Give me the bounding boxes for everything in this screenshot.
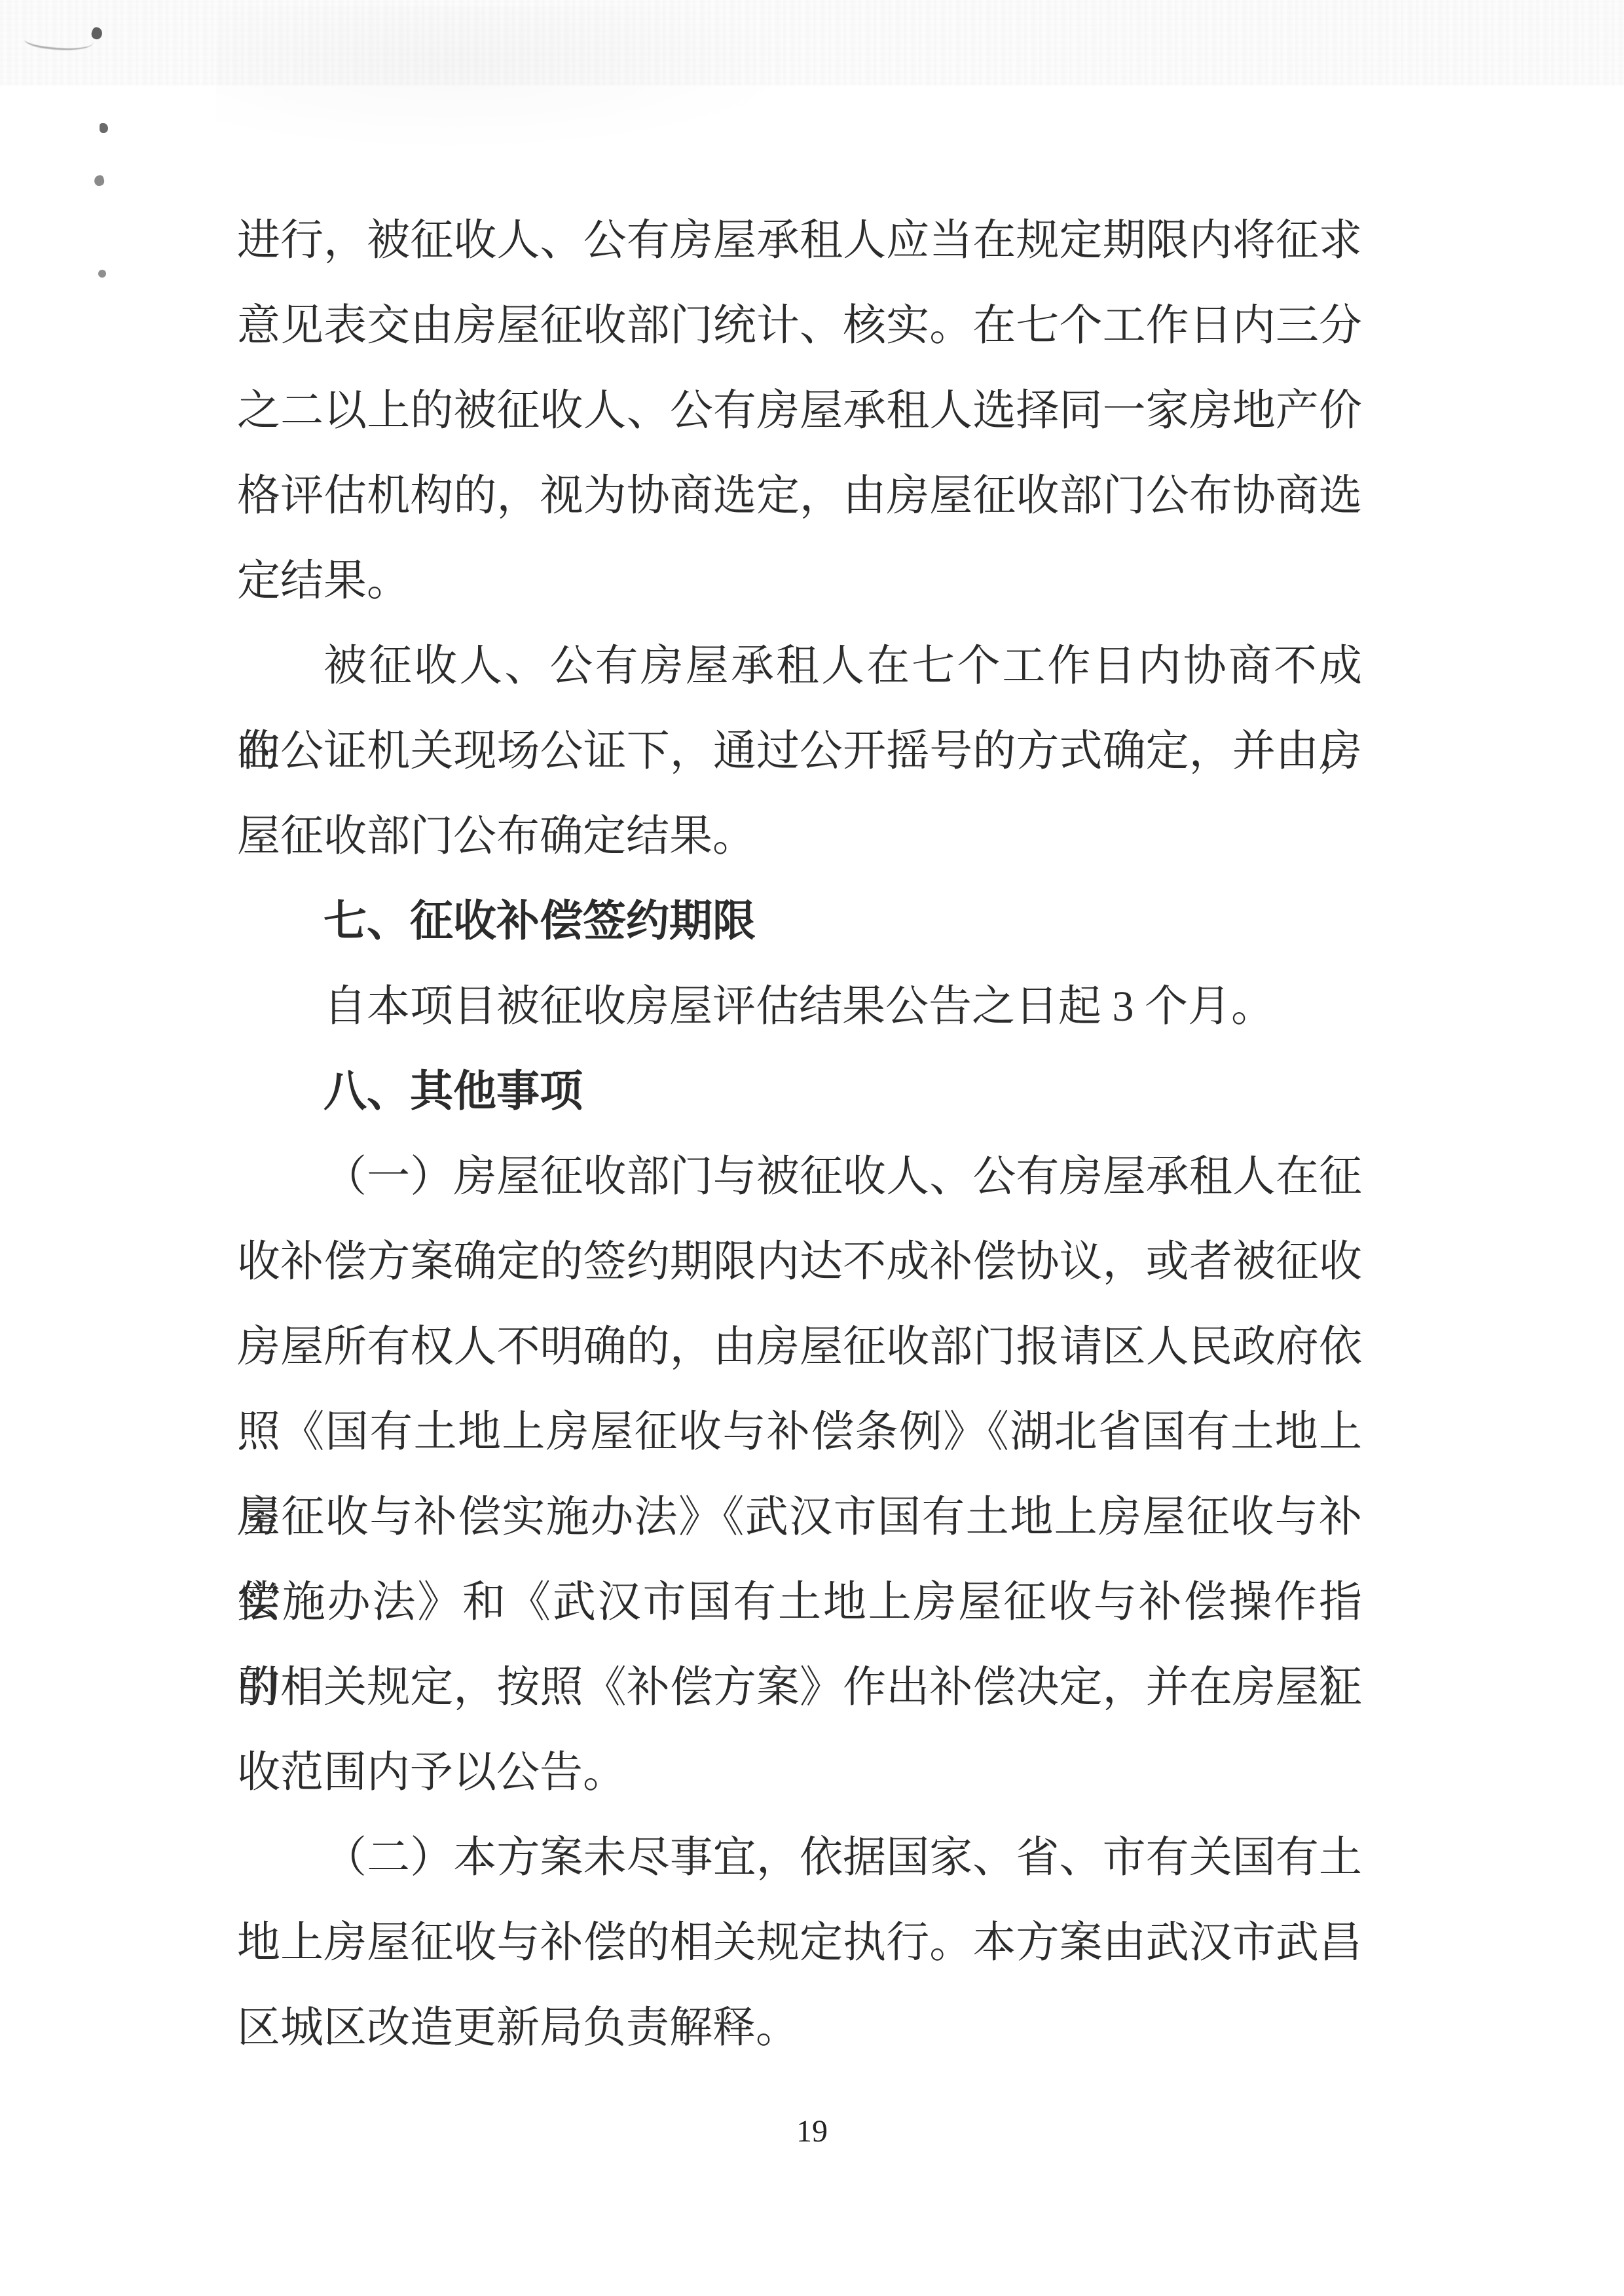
- text-line: （一）房屋征收部门与被征收人、公有房屋承租人在征: [237, 1135, 1362, 1220]
- text-line: 被征收人、公有房屋承租人在七个工作日内协商不成的，: [237, 624, 1362, 709]
- scanned-document-page: 进行，被征收人、公有房屋承租人应当在规定期限内将征求 意见表交由房屋征收部门统计…: [0, 0, 1624, 2296]
- scan-blotch: [216, 7, 805, 151]
- text-line: 屋征收与补偿实施办法》《武汉市国有土地上房屋征收与补偿: [237, 1475, 1362, 1560]
- text-line: 格评估机构的，视为协商选定，由房屋征收部门公布协商选: [237, 454, 1362, 539]
- text-line: 自本项目被征收房屋评估结果公告之日起 3 个月。: [237, 964, 1362, 1049]
- text-line: 收范围内予以公告。: [237, 1730, 1362, 1815]
- text-line: 之二以上的被征收人、公有房屋承租人选择同一家房地产价: [237, 369, 1362, 454]
- text-line: 的相关规定，按照《补偿方案》作出补偿决定，并在房屋征: [237, 1645, 1362, 1730]
- text-line: 照《国有土地上房屋征收与补偿条例》《湖北省国有土地上房: [237, 1390, 1362, 1475]
- text-line: 地上房屋征收与补偿的相关规定执行。本方案由武汉市武昌: [237, 1901, 1362, 1986]
- page-number: 19: [0, 2116, 1624, 2147]
- text-line: 意见表交由房屋征收部门统计、核实。在七个工作日内三分: [237, 283, 1362, 369]
- scan-speck: [93, 174, 105, 187]
- scan-mark-squiggle: [24, 27, 94, 55]
- text-line: 进行，被征收人、公有房屋承租人应当在规定期限内将征求: [237, 198, 1362, 283]
- text-line: 实施办法》和《武汉市国有土地上房屋征收与补偿操作指引》: [237, 1560, 1362, 1645]
- document-body: 进行，被征收人、公有房屋承租人应当在规定期限内将征求 意见表交由房屋征收部门统计…: [237, 198, 1362, 2071]
- scan-noise: [0, 0, 1624, 85]
- scan-speck: [100, 123, 108, 133]
- text-line: 房屋所有权人不明确的，由房屋征收部门报请区人民政府依: [237, 1305, 1362, 1390]
- text-line: 收补偿方案确定的签约期限内达不成补偿协议，或者被征收: [237, 1220, 1362, 1305]
- scan-speck: [98, 270, 106, 278]
- section-heading-8: 八、其他事项: [237, 1049, 1362, 1135]
- text-line: 区城区改造更新局负责解释。: [237, 1986, 1362, 2071]
- text-line: （二）本方案未尽事宜，依据国家、省、市有关国有土: [237, 1815, 1362, 1901]
- text-line: 在公证机关现场公证下，通过公开摇号的方式确定，并由房: [237, 709, 1362, 794]
- section-heading-7: 七、征收补偿签约期限: [237, 879, 1362, 964]
- text-line: 屋征收部门公布确定结果。: [237, 794, 1362, 879]
- text-line: 定结果。: [237, 539, 1362, 624]
